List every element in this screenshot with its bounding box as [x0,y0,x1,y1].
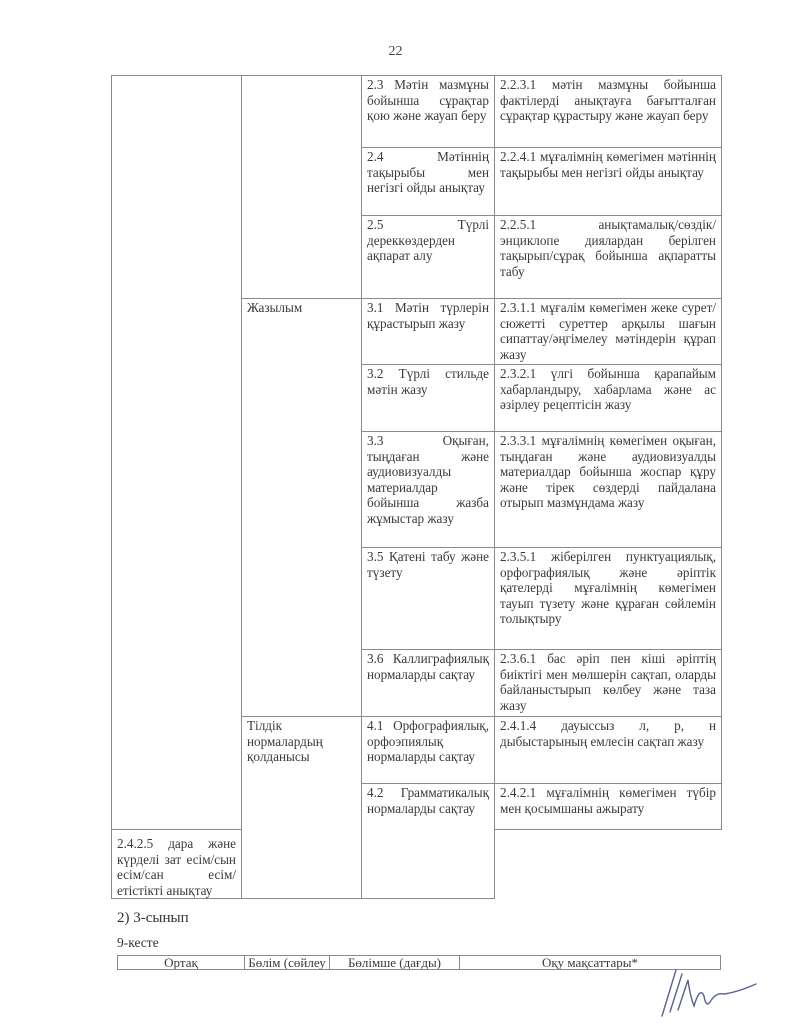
cell-objective: 2.2.3.1 мәтін мазмұны бойынша фактілерді… [495,76,722,148]
cell-section: Жазылым [242,299,362,717]
cell-subsection: 3.5 Қатені табу және түзету [362,548,495,650]
curriculum-table: 2.3 Мәтін мазмұны бойынша сұрақтар қою ж… [111,75,722,899]
cell-objective: 2.3.2.1 үлгі бойынша қарапайым хабарланд… [495,365,722,432]
cell-objective: 2.4.1.4 дауыссыз л, р, н дыбыстарының ем… [495,717,722,784]
cell-subsection: 3.3 Оқыған, тыңдаған және аудиовизуалды … [362,432,495,548]
page-number: 22 [0,44,791,60]
cell-section-empty [242,76,362,299]
signature-icon [650,966,760,1021]
cell-objective: 2.3.3.1 мұғалімнің көмегімен оқыған, тың… [495,432,722,548]
cell-subsection: 2.4 Мәтіннің тақырыбы мен негізгі ойды а… [362,148,495,216]
cell-objective: 2.3.6.1 бас әріп пен кіші әріптің биікті… [495,650,722,717]
next-table-header: Ортақ Бөлім (сөйлеу Бөлімше (дағды) Оқу … [117,955,721,970]
cell-subsection: 2.5 Түрлі дереккөздерден ақпарат алу [362,216,495,299]
cell-subsection: 3.2 Түрлі стильде мәтін жазу [362,365,495,432]
cell-subsection: 3.6 Каллиграфиялық нормаларды сақтау [362,650,495,717]
table-row: 2.3 Мәтін мазмұны бойынша сұрақтар қою ж… [112,76,722,148]
table-header-row: Ортақ Бөлім (сөйлеу Бөлімше (дағды) Оқу … [118,956,721,970]
cell-common-empty [112,76,242,830]
cell-objective: 2.4.2.1 мұғалімнің көмегімен түбір мен қ… [495,784,722,830]
cell-objective: 2.2.4.1 мұғалімнің көмегімен мәтіннің та… [495,148,722,216]
cell-objective: 2.4.2.5 дара және күрделі зат есім/сын е… [112,830,242,899]
header-subsection: Бөлімше (дағды) [330,956,460,970]
cell-objective: 2.3.1.1 мұғалім көмегімен жеке сурет/сюж… [495,299,722,365]
cell-subsection: 4.1 Орфографиялық, орфоэпиялық нормалард… [362,717,495,784]
header-common: Ортақ [118,956,245,970]
cell-objective: 2.3.5.1 жіберілген пунктуациялық, орфогр… [495,548,722,650]
cell-subsection: 3.1 Мәтін түрлерін құрастырып жазу [362,299,495,365]
cell-subsection: 4.2 Грамматикалық нормаларды сақтау [362,784,495,899]
section-title: 2) 3-сынып [117,910,189,927]
cell-section: Тілдік нормалардың қолданысы [242,717,362,899]
cell-objective: 2.2.5.1 анықтамалық/сөздік/энциклопе дия… [495,216,722,299]
cell-subsection: 2.3 Мәтін мазмұны бойынша сұрақтар қою ж… [362,76,495,148]
header-section: Бөлім (сөйлеу [245,956,330,970]
table-caption: 9-кесте [117,935,159,951]
